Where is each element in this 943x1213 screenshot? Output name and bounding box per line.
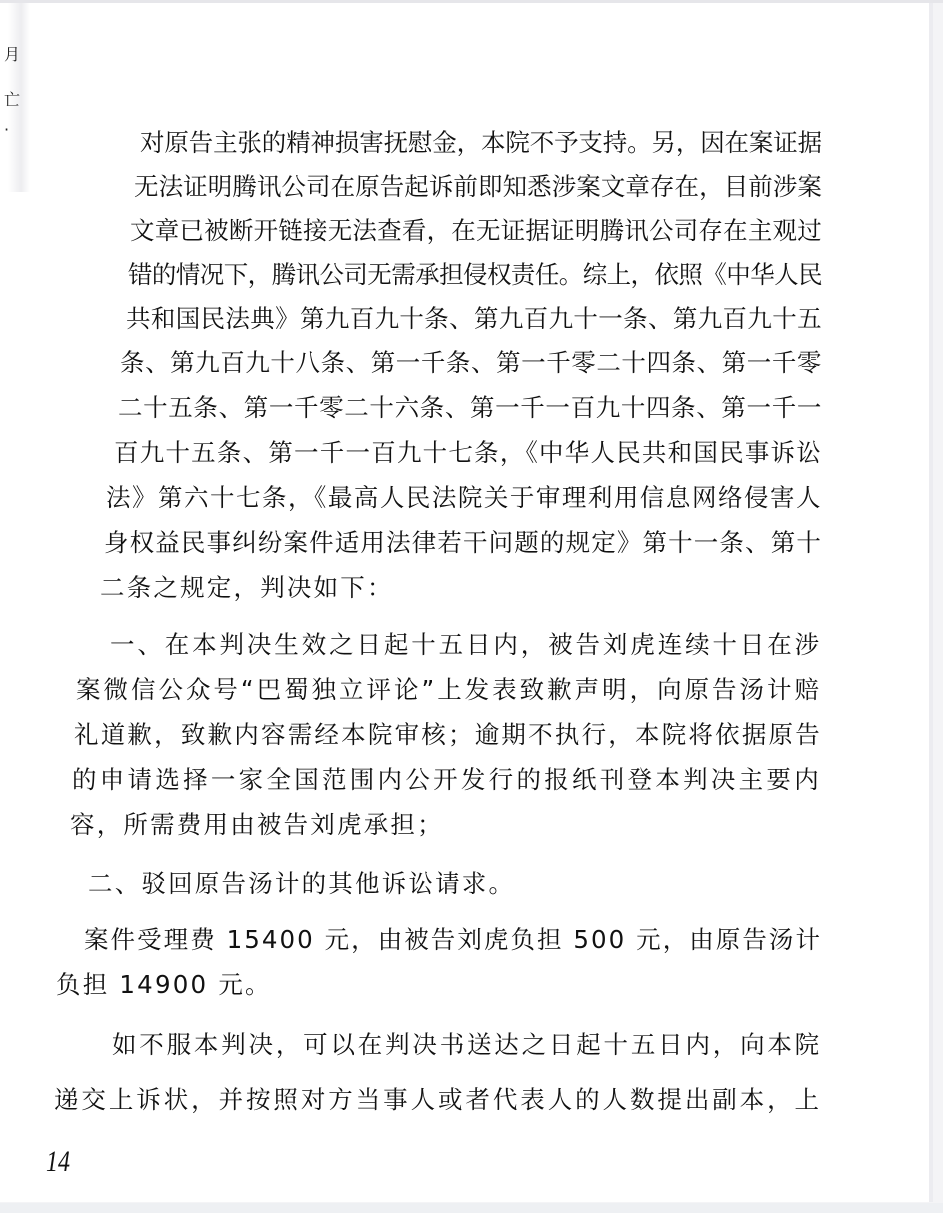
text-line: 错的情况下，腾讯公司无需承担侵权责任。综上，依照《中华人民 [128, 260, 822, 290]
document-page: 月 亡 · 对原告主张的精神损害抚慰金，本院不予支持。另，因在案证据无法证明腾讯… [0, 2, 930, 1202]
text-line: 对原告主张的精神损害抚慰金，本院不予支持。另，因在案证据 [140, 128, 822, 158]
page-number: 14 [46, 1145, 70, 1179]
text-line: 如不服本判决，可以在判决书送达之日起十五日内，向本院 [112, 1030, 822, 1060]
text-line: 百九十五条、第一千一百九十七条，《中华人民共和国民事诉讼 [114, 438, 822, 468]
scan-top-edge [0, 0, 943, 3]
text-line: 共和国民法典》第九百九十条、第九百九十一条、第九百九十五 [126, 304, 822, 334]
text-line: 二十五条、第一千零二十六条、第一千一百九十四条、第一千一 [118, 393, 822, 423]
page-fold-shadow-right [929, 2, 933, 1202]
text-line: 负担 14900 元。 [56, 970, 272, 1000]
text-line: 案微信公众号“巴蜀独立评论”上发表致歉声明，向原告汤计赔 [76, 675, 822, 705]
margin-fragment: 亡 [4, 87, 20, 110]
text-line: 法》第六十七条，《最高人民法院关于审理利用信息网络侵害人 [106, 483, 822, 513]
scan-bottom-edge [0, 1203, 943, 1213]
text-line: 容，所需费用由被告刘虎承担； [70, 810, 444, 840]
margin-fragment: 月 [4, 42, 20, 65]
text-line: 身权益民事纠纷案件适用法律若干问题的规定》第十一条、第十 [104, 528, 822, 558]
text-line: 条、第九百九十八条、第一千条、第一千零二十四条、第一千零 [120, 348, 822, 378]
text-line: 一、在本判决生效之日起十五日内，被告刘虎连续十日在涉 [110, 630, 822, 660]
text-line: 无法证明腾讯公司在原告起诉前即知悉涉案文章存在，目前涉案 [134, 172, 822, 202]
text-line: 的申请选择一家全国范围内公开发行的报纸刊登本判决主要内 [72, 765, 822, 795]
margin-fragment: · [4, 120, 9, 139]
text-line: 案件受理费 15400 元，由被告刘虎负担 500 元，由原告汤计 [84, 925, 822, 955]
text-line: 礼道歉，致歉内容需经本院审核；逾期不执行，本院将依据原告 [74, 720, 822, 750]
text-line: 递交上诉状，并按照对方当事人或者代表人的人数提出副本，上 [54, 1085, 822, 1115]
text-line: 二、驳回原告汤计的其他诉讼请求。 [88, 869, 515, 899]
text-line: 文章已被断开链接无法查看，在无证据证明腾讯公司存在主观过 [130, 216, 822, 246]
text-line: 二条之规定，判决如下： [100, 573, 394, 603]
